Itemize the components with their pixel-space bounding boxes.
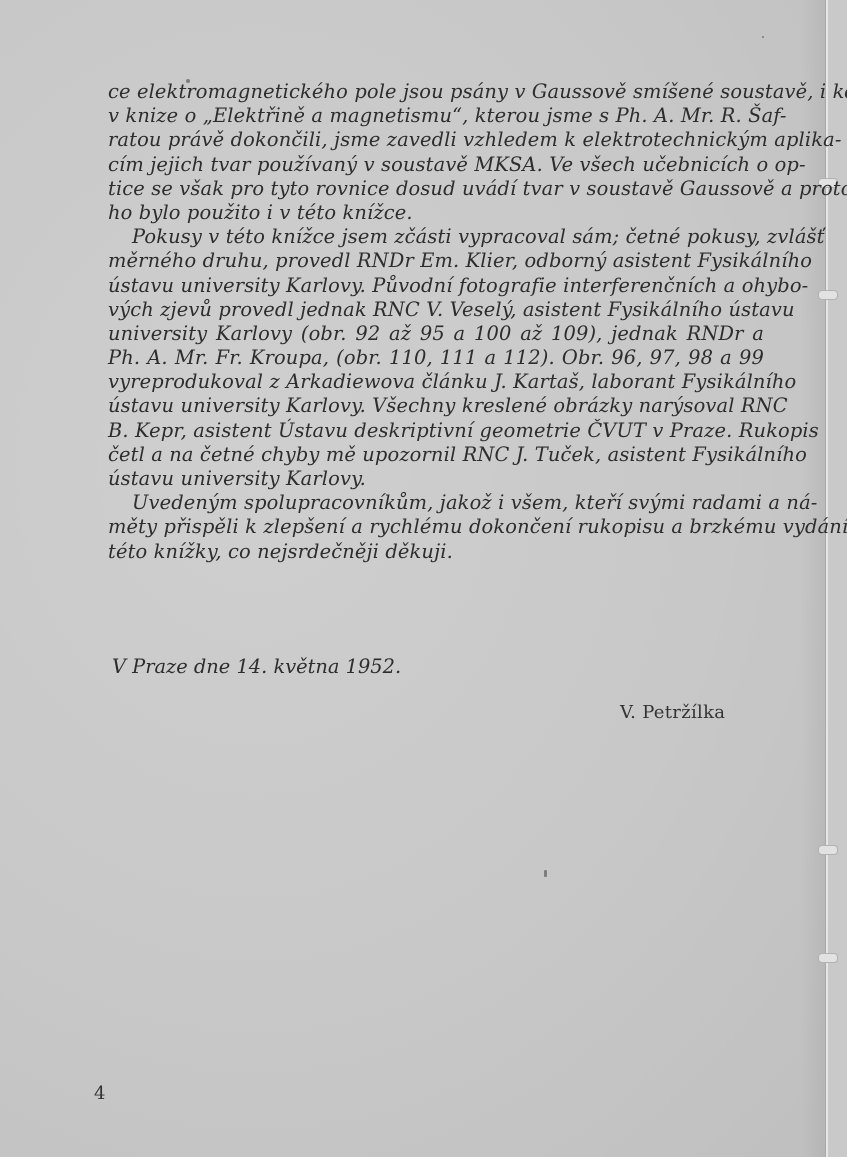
text-line: v knize o „Elektřině a magnetismu“, kter… — [108, 104, 764, 128]
text-line: ústavu university Karlovy. — [108, 467, 764, 491]
text-line: cím jejich tvar používaný v soustavě MKS… — [108, 153, 764, 177]
text-line: této knížky, co nejsrdečněji děkuji. — [108, 540, 764, 564]
preface-body: ce elektromagnetického pole jsou psány v… — [108, 80, 764, 564]
text-line: ho bylo použito i v této knížce. — [108, 201, 764, 225]
text-line: tice se však pro tyto rovnice dosud uvád… — [108, 177, 764, 201]
text-line: četl a na četné chyby mě upozornil RNC J… — [108, 443, 764, 467]
paper-speck — [762, 36, 764, 38]
binding-stitch — [818, 845, 838, 855]
text-line: ústavu university Karlovy. Původní fotog… — [108, 274, 764, 298]
text-line: ústavu university Karlovy. Všechny kresl… — [108, 394, 764, 418]
paragraph-start-line: Pokusy v této knížce jsem zčásti vypraco… — [108, 225, 764, 249]
book-page: ce elektromagnetického pole jsou psány v… — [0, 0, 847, 1157]
paragraph-start-line: Uvedeným spolupracovníkům, jakož i všem,… — [108, 491, 764, 515]
text-line: Ph. A. Mr. Fr. Kroupa, (obr. 110, 111 a … — [108, 346, 764, 370]
page-number: 4 — [94, 1083, 105, 1104]
dateline: V Praze dne 14. května 1952. — [112, 655, 401, 678]
binding-stitch — [818, 290, 838, 300]
text-line: ce elektromagnetického pole jsou psány v… — [108, 80, 764, 104]
author-signature: V. Petržílka — [620, 702, 725, 723]
binding-strip — [828, 0, 847, 1157]
text-line: měty přispěli k zlepšení a rychlému doko… — [108, 515, 764, 539]
paper-speck — [544, 870, 547, 877]
text-line: university Karlovy (obr. 92 až 95 a 100 … — [108, 322, 764, 346]
text-line: B. Kepr, asistent Ústavu deskriptivní ge… — [108, 419, 764, 443]
binding-stitch — [818, 953, 838, 963]
text-line: vyreprodukoval z Arkadiewova článku J. K… — [108, 370, 764, 394]
text-line: měrného druhu, provedl RNDr Em. Klier, o… — [108, 249, 764, 273]
text-line: ratou právě dokončili, jsme zavedli vzhl… — [108, 128, 764, 152]
text-line: vých zjevů provedl jednak RNC V. Veselý,… — [108, 298, 764, 322]
